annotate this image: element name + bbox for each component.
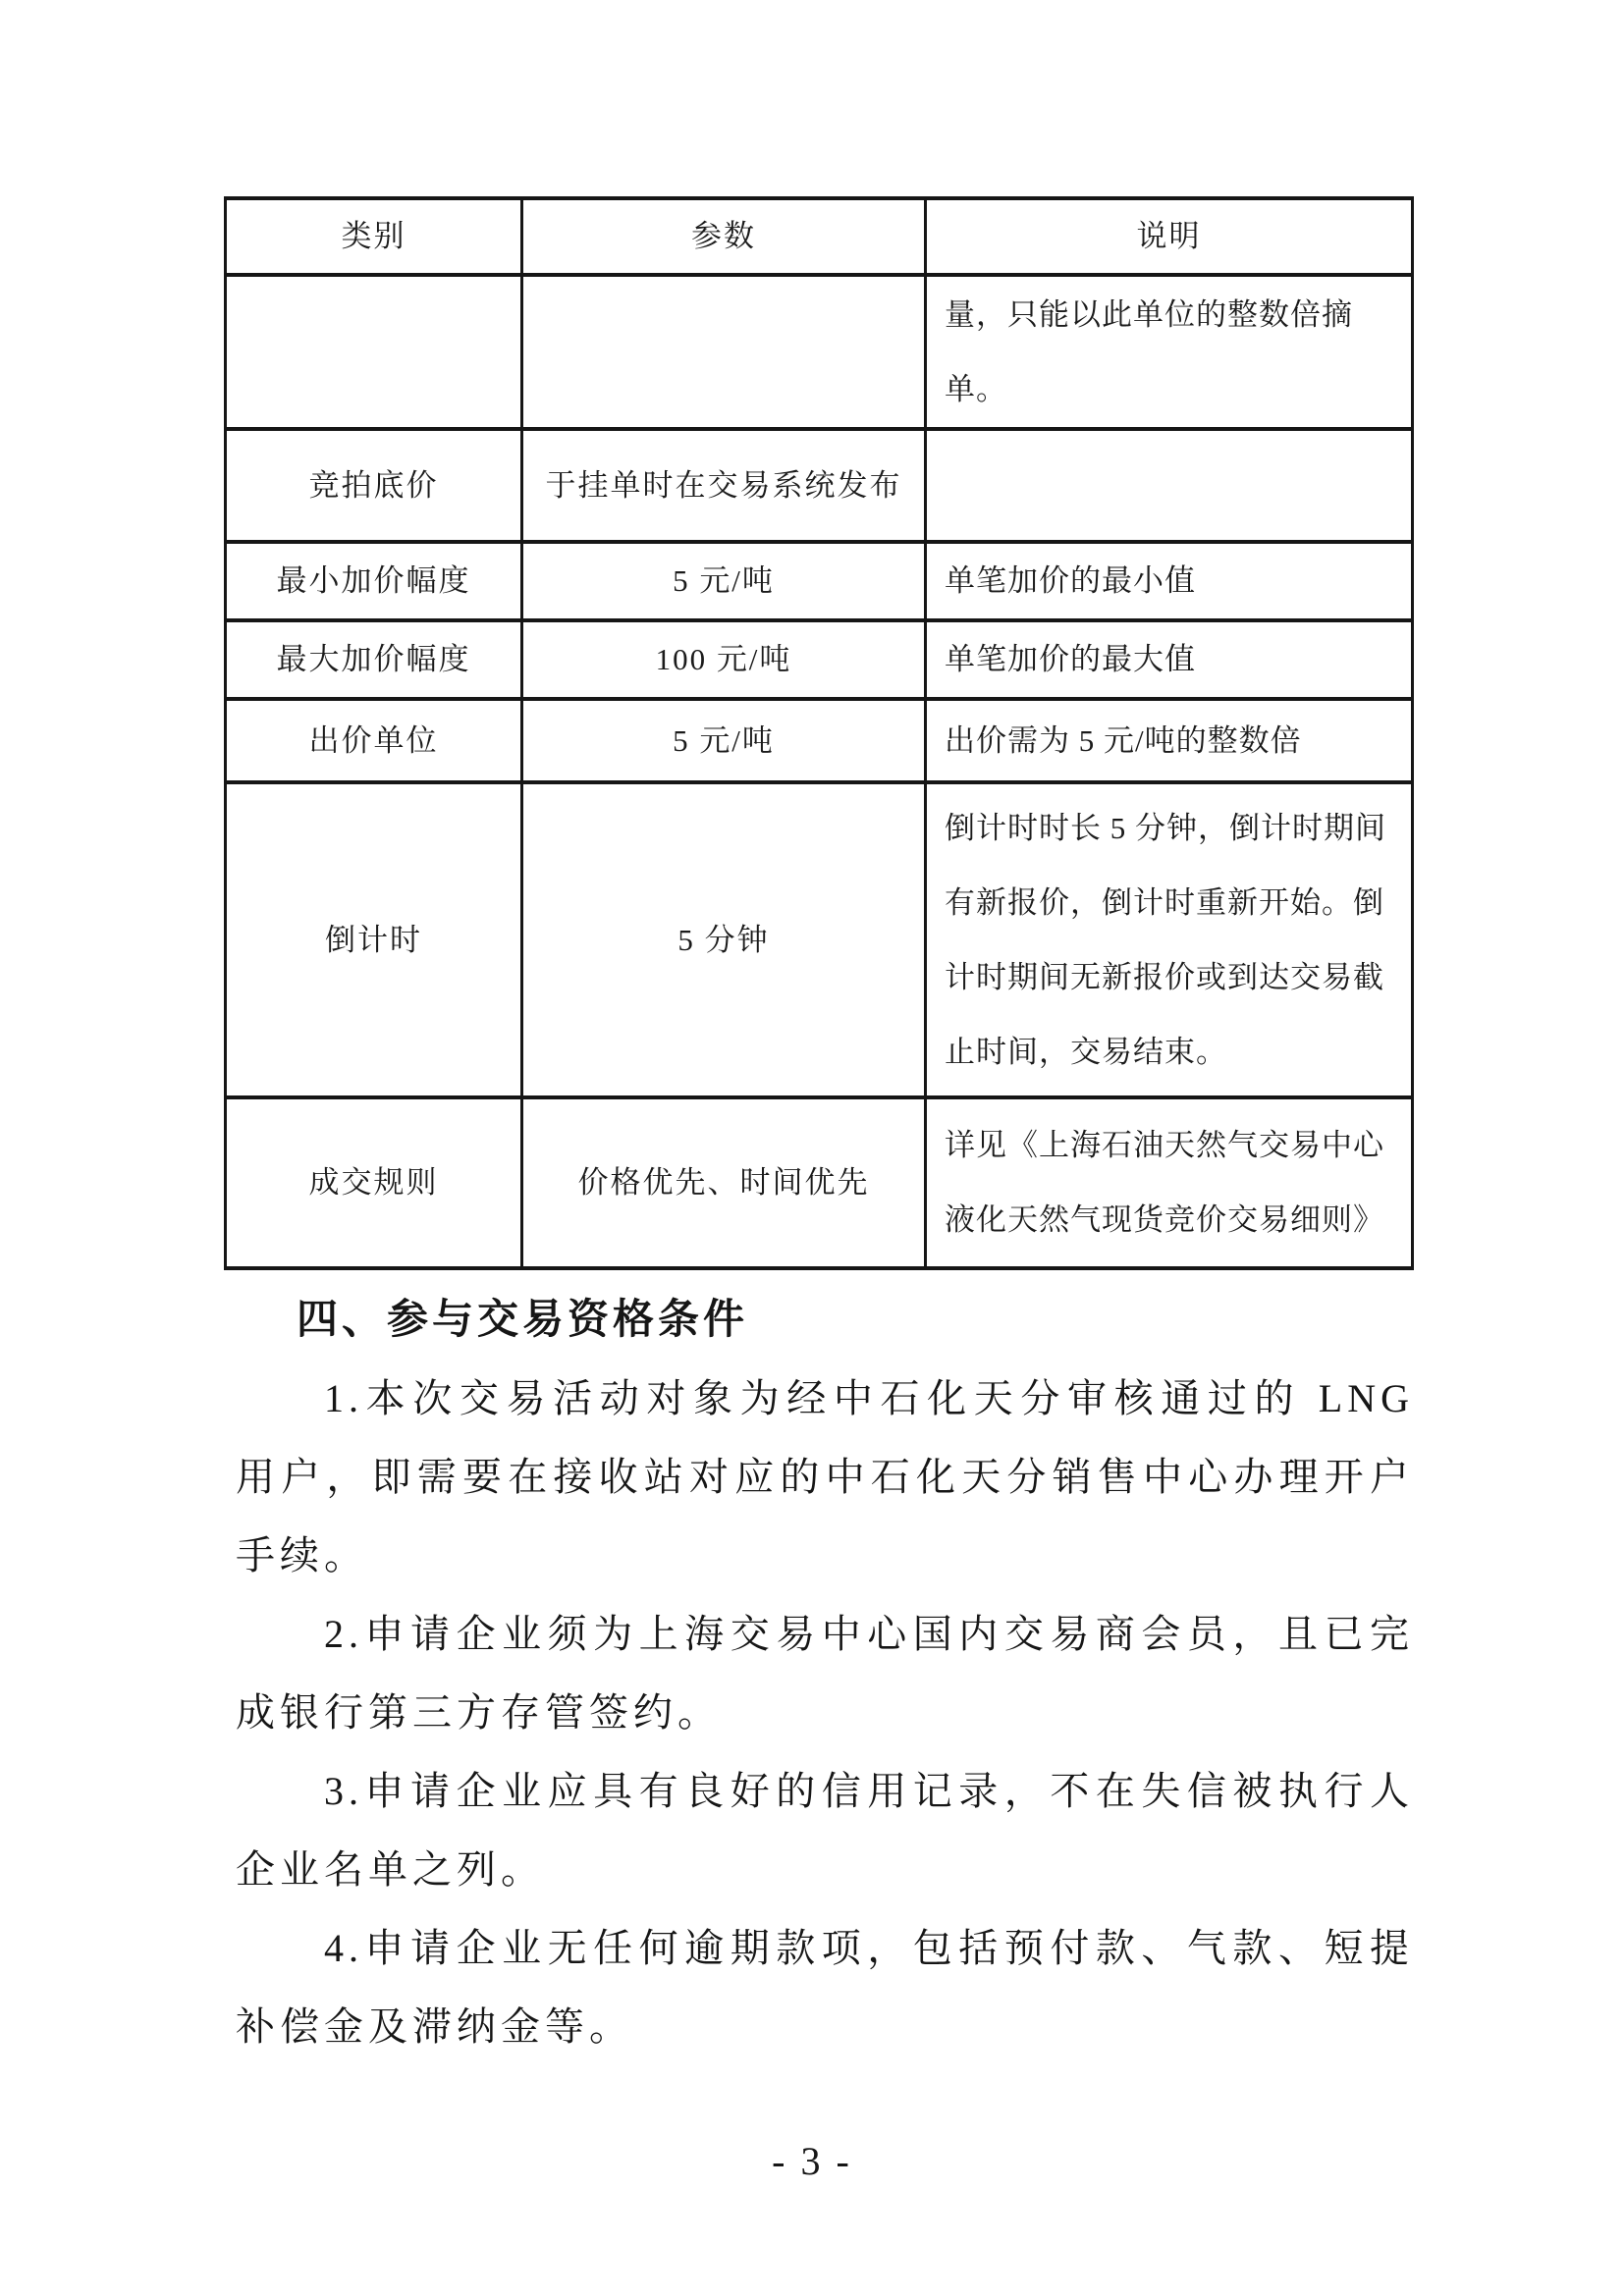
table-row: 竞拍底价 于挂单时在交易系统发布 <box>226 429 1413 542</box>
table-row: 出价单位 5 元/吨 出价需为 5 元/吨的整数倍 <box>226 699 1413 782</box>
table-row: 最小加价幅度 5 元/吨 单笔加价的最小值 <box>226 542 1413 620</box>
cell-desc: 单笔加价的最小值 <box>926 542 1413 620</box>
cell-category: 倒计时 <box>226 782 522 1097</box>
cell-param: 于挂单时在交易系统发布 <box>522 429 926 542</box>
cell-param: 100 元/吨 <box>522 620 926 699</box>
paragraph-3: 3.申请企业应具有良好的信用记录，不在失信被执行人企业名单之列。 <box>236 1752 1414 1909</box>
cell-category: 成交规则 <box>226 1097 522 1268</box>
header-category: 类别 <box>226 198 522 275</box>
cell-category: 最小加价幅度 <box>226 542 522 620</box>
cell-desc: 量，只能以此单位的整数倍摘单。 <box>926 275 1413 429</box>
cell-category: 出价单位 <box>226 699 522 782</box>
parameters-table: 类别 参数 说明 量，只能以此单位的整数倍摘单。 竞拍底价 于挂单时在交易系统发… <box>224 196 1414 1270</box>
header-desc: 说明 <box>926 198 1413 275</box>
document-page: 类别 参数 说明 量，只能以此单位的整数倍摘单。 竞拍底价 于挂单时在交易系统发… <box>0 0 1624 2296</box>
cell-category <box>226 275 522 429</box>
page-number: - 3 - <box>0 2138 1624 2184</box>
table-row: 成交规则 价格优先、时间优先 详见《上海石油天然气交易中心液化天然气现货竞价交易… <box>226 1097 1413 1268</box>
cell-category: 最大加价幅度 <box>226 620 522 699</box>
cell-desc: 倒计时时长 5 分钟，倒计时期间有新报价，倒计时重新开始。倒计时期间无新报价或到… <box>926 782 1413 1097</box>
table-header-row: 类别 参数 说明 <box>226 198 1413 275</box>
section-heading: 四、参与交易资格条件 <box>297 1281 1414 1360</box>
cell-category: 竞拍底价 <box>226 429 522 542</box>
table-row: 最大加价幅度 100 元/吨 单笔加价的最大值 <box>226 620 1413 699</box>
cell-desc: 出价需为 5 元/吨的整数倍 <box>926 699 1413 782</box>
table-row: 量，只能以此单位的整数倍摘单。 <box>226 275 1413 429</box>
cell-desc <box>926 429 1413 542</box>
cell-param: 价格优先、时间优先 <box>522 1097 926 1268</box>
paragraph-2: 2.申请企业须为上海交易中心国内交易商会员，且已完成银行第三方存管签约。 <box>236 1595 1414 1752</box>
header-param: 参数 <box>522 198 926 275</box>
paragraph-1: 1.本次交易活动对象为经中石化天分审核通过的 LNG 用户，即需要在接收站对应的… <box>236 1360 1414 1595</box>
cell-param: 5 元/吨 <box>522 699 926 782</box>
table-row: 倒计时 5 分钟 倒计时时长 5 分钟，倒计时期间有新报价，倒计时重新开始。倒计… <box>226 782 1413 1097</box>
cell-desc: 单笔加价的最大值 <box>926 620 1413 699</box>
paragraph-4: 4.申请企业无任何逾期款项，包括预付款、气款、短提补偿金及滞纳金等。 <box>236 1909 1414 2066</box>
cell-desc: 详见《上海石油天然气交易中心液化天然气现货竞价交易细则》 <box>926 1097 1413 1268</box>
cell-param: 5 元/吨 <box>522 542 926 620</box>
cell-param <box>522 275 926 429</box>
cell-param: 5 分钟 <box>522 782 926 1097</box>
section-four: 四、参与交易资格条件 1.本次交易活动对象为经中石化天分审核通过的 LNG 用户… <box>236 1281 1414 2066</box>
